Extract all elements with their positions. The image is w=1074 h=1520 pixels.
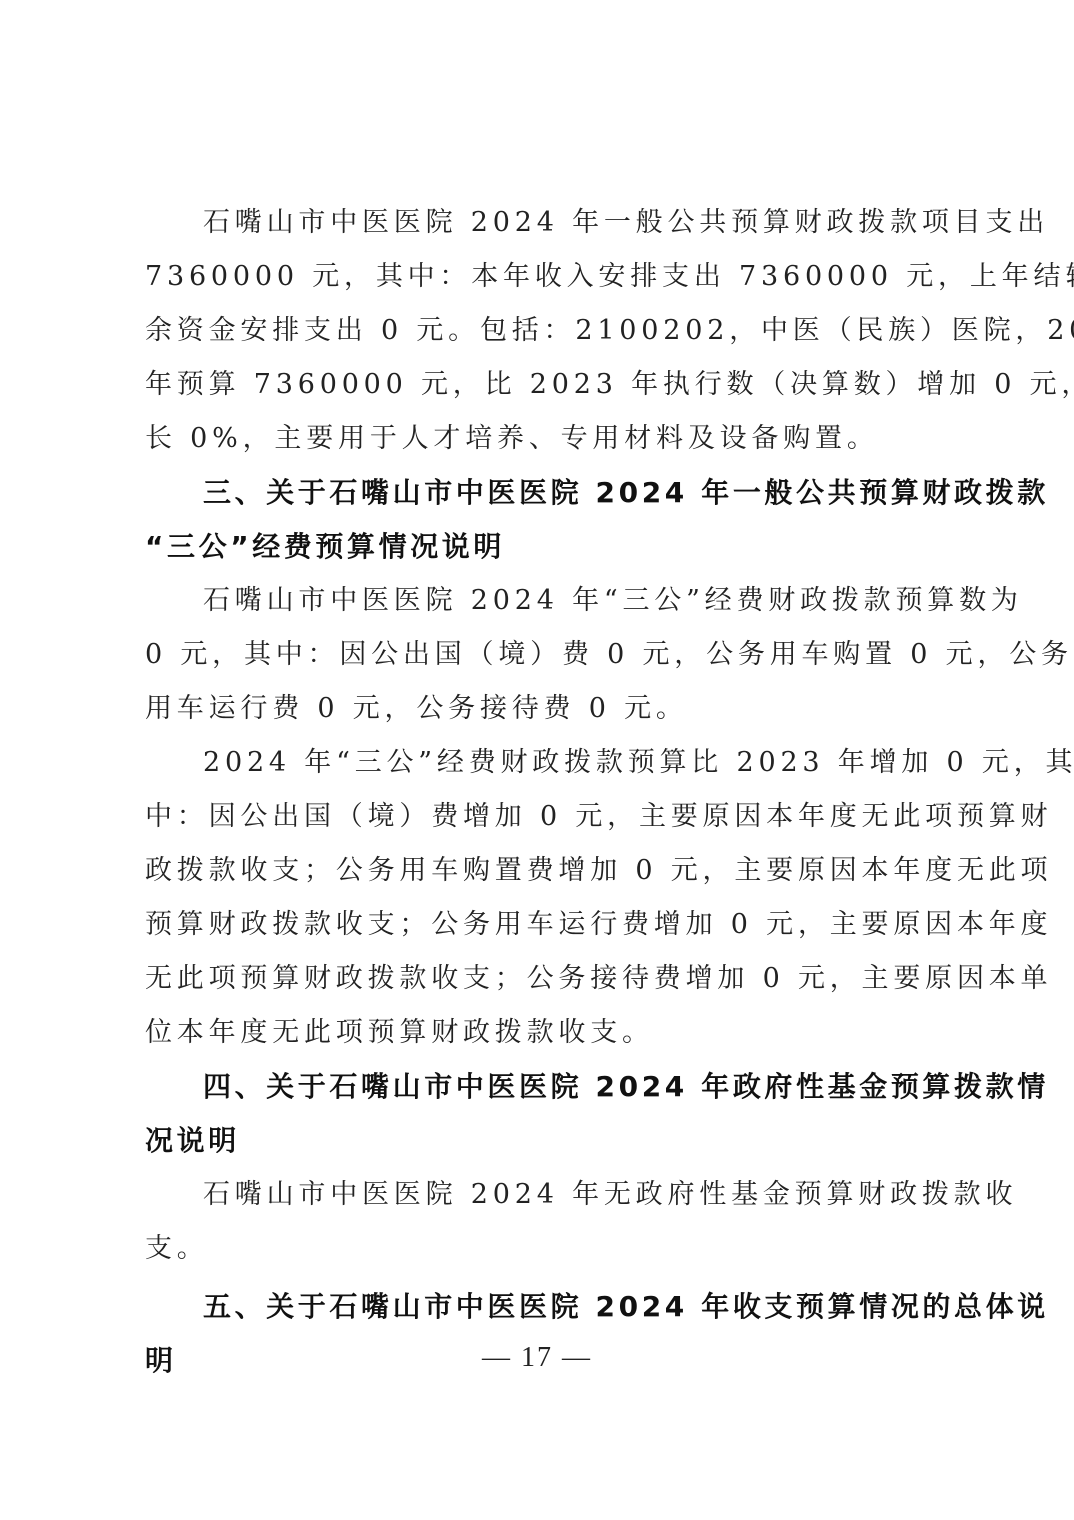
paragraph-project-expenditure: 石嘴山市中医医院 2024 年一般公共预算财政拨款项目支出 7360000 元，… bbox=[145, 196, 945, 466]
paragraph-three-public-expenses: 石嘴山市中医医院 2024 年“三公”经费财政拨款预算数为 0 元，其中：因公出… bbox=[145, 574, 945, 736]
heading-line: 四、关于石嘴山市中医医院 2024 年政府性基金预算拨款情 bbox=[145, 1060, 945, 1114]
heading-line: 三、关于石嘴山市中医医院 2024 年一般公共预算财政拨款 bbox=[145, 466, 945, 520]
section-heading-4: 四、关于石嘴山市中医医院 2024 年政府性基金预算拨款情 况说明 bbox=[145, 1060, 945, 1168]
text-line: 0 元，其中：因公出国（境）费 0 元，公务用车购置 0 元，公务 bbox=[145, 628, 945, 682]
heading-line: 五、关于石嘴山市中医医院 2024 年收支预算情况的总体说 bbox=[145, 1280, 945, 1334]
heading-line: “三公”经费预算情况说明 bbox=[145, 520, 945, 574]
text-line: 长 0%，主要用于人才培养、专用材料及设备购置。 bbox=[145, 412, 945, 466]
text-line: 石嘴山市中医医院 2024 年无政府性基金预算财政拨款收 bbox=[145, 1168, 945, 1222]
text-line: 石嘴山市中医医院 2024 年“三公”经费财政拨款预算数为 bbox=[145, 574, 945, 628]
text-line: 7360000 元，其中：本年收入安排支出 7360000 元，上年结转结 bbox=[145, 250, 945, 304]
text-line: 位本年度无此项预算财政拨款收支。 bbox=[145, 1006, 945, 1060]
text-line: 无此项预算财政拨款收支；公务接待费增加 0 元，主要原因本单 bbox=[145, 952, 945, 1006]
heading-line: 况说明 bbox=[145, 1114, 945, 1168]
paragraph-three-public-comparison: 2024 年“三公”经费财政拨款预算比 2023 年增加 0 元，其 中：因公出… bbox=[145, 736, 945, 1060]
document-page: 石嘴山市中医医院 2024 年一般公共预算财政拨款项目支出 7360000 元，… bbox=[145, 196, 945, 1388]
page-number: — 17 — bbox=[0, 1342, 1074, 1374]
text-line: 政拨款收支；公务用车购置费增加 0 元，主要原因本年度无此项 bbox=[145, 844, 945, 898]
text-line: 支。 bbox=[145, 1222, 945, 1276]
text-line: 中：因公出国（境）费增加 0 元，主要原因本年度无此项预算财 bbox=[145, 790, 945, 844]
text-line: 2024 年“三公”经费财政拨款预算比 2023 年增加 0 元，其 bbox=[145, 736, 945, 790]
text-line: 石嘴山市中医医院 2024 年一般公共预算财政拨款项目支出 bbox=[145, 196, 945, 250]
paragraph-government-fund: 石嘴山市中医医院 2024 年无政府性基金预算财政拨款收 支。 bbox=[145, 1168, 945, 1276]
text-line: 余资金安排支出 0 元。包括：2100202，中医（民族）医院，2024 bbox=[145, 304, 945, 358]
text-line: 年预算 7360000 元，比 2023 年执行数（决算数）增加 0 元，增 bbox=[145, 358, 945, 412]
text-line: 预算财政拨款收支；公务用车运行费增加 0 元，主要原因本年度 bbox=[145, 898, 945, 952]
text-line: 用车运行费 0 元，公务接待费 0 元。 bbox=[145, 682, 945, 736]
section-heading-3: 三、关于石嘴山市中医医院 2024 年一般公共预算财政拨款 “三公”经费预算情况… bbox=[145, 466, 945, 574]
